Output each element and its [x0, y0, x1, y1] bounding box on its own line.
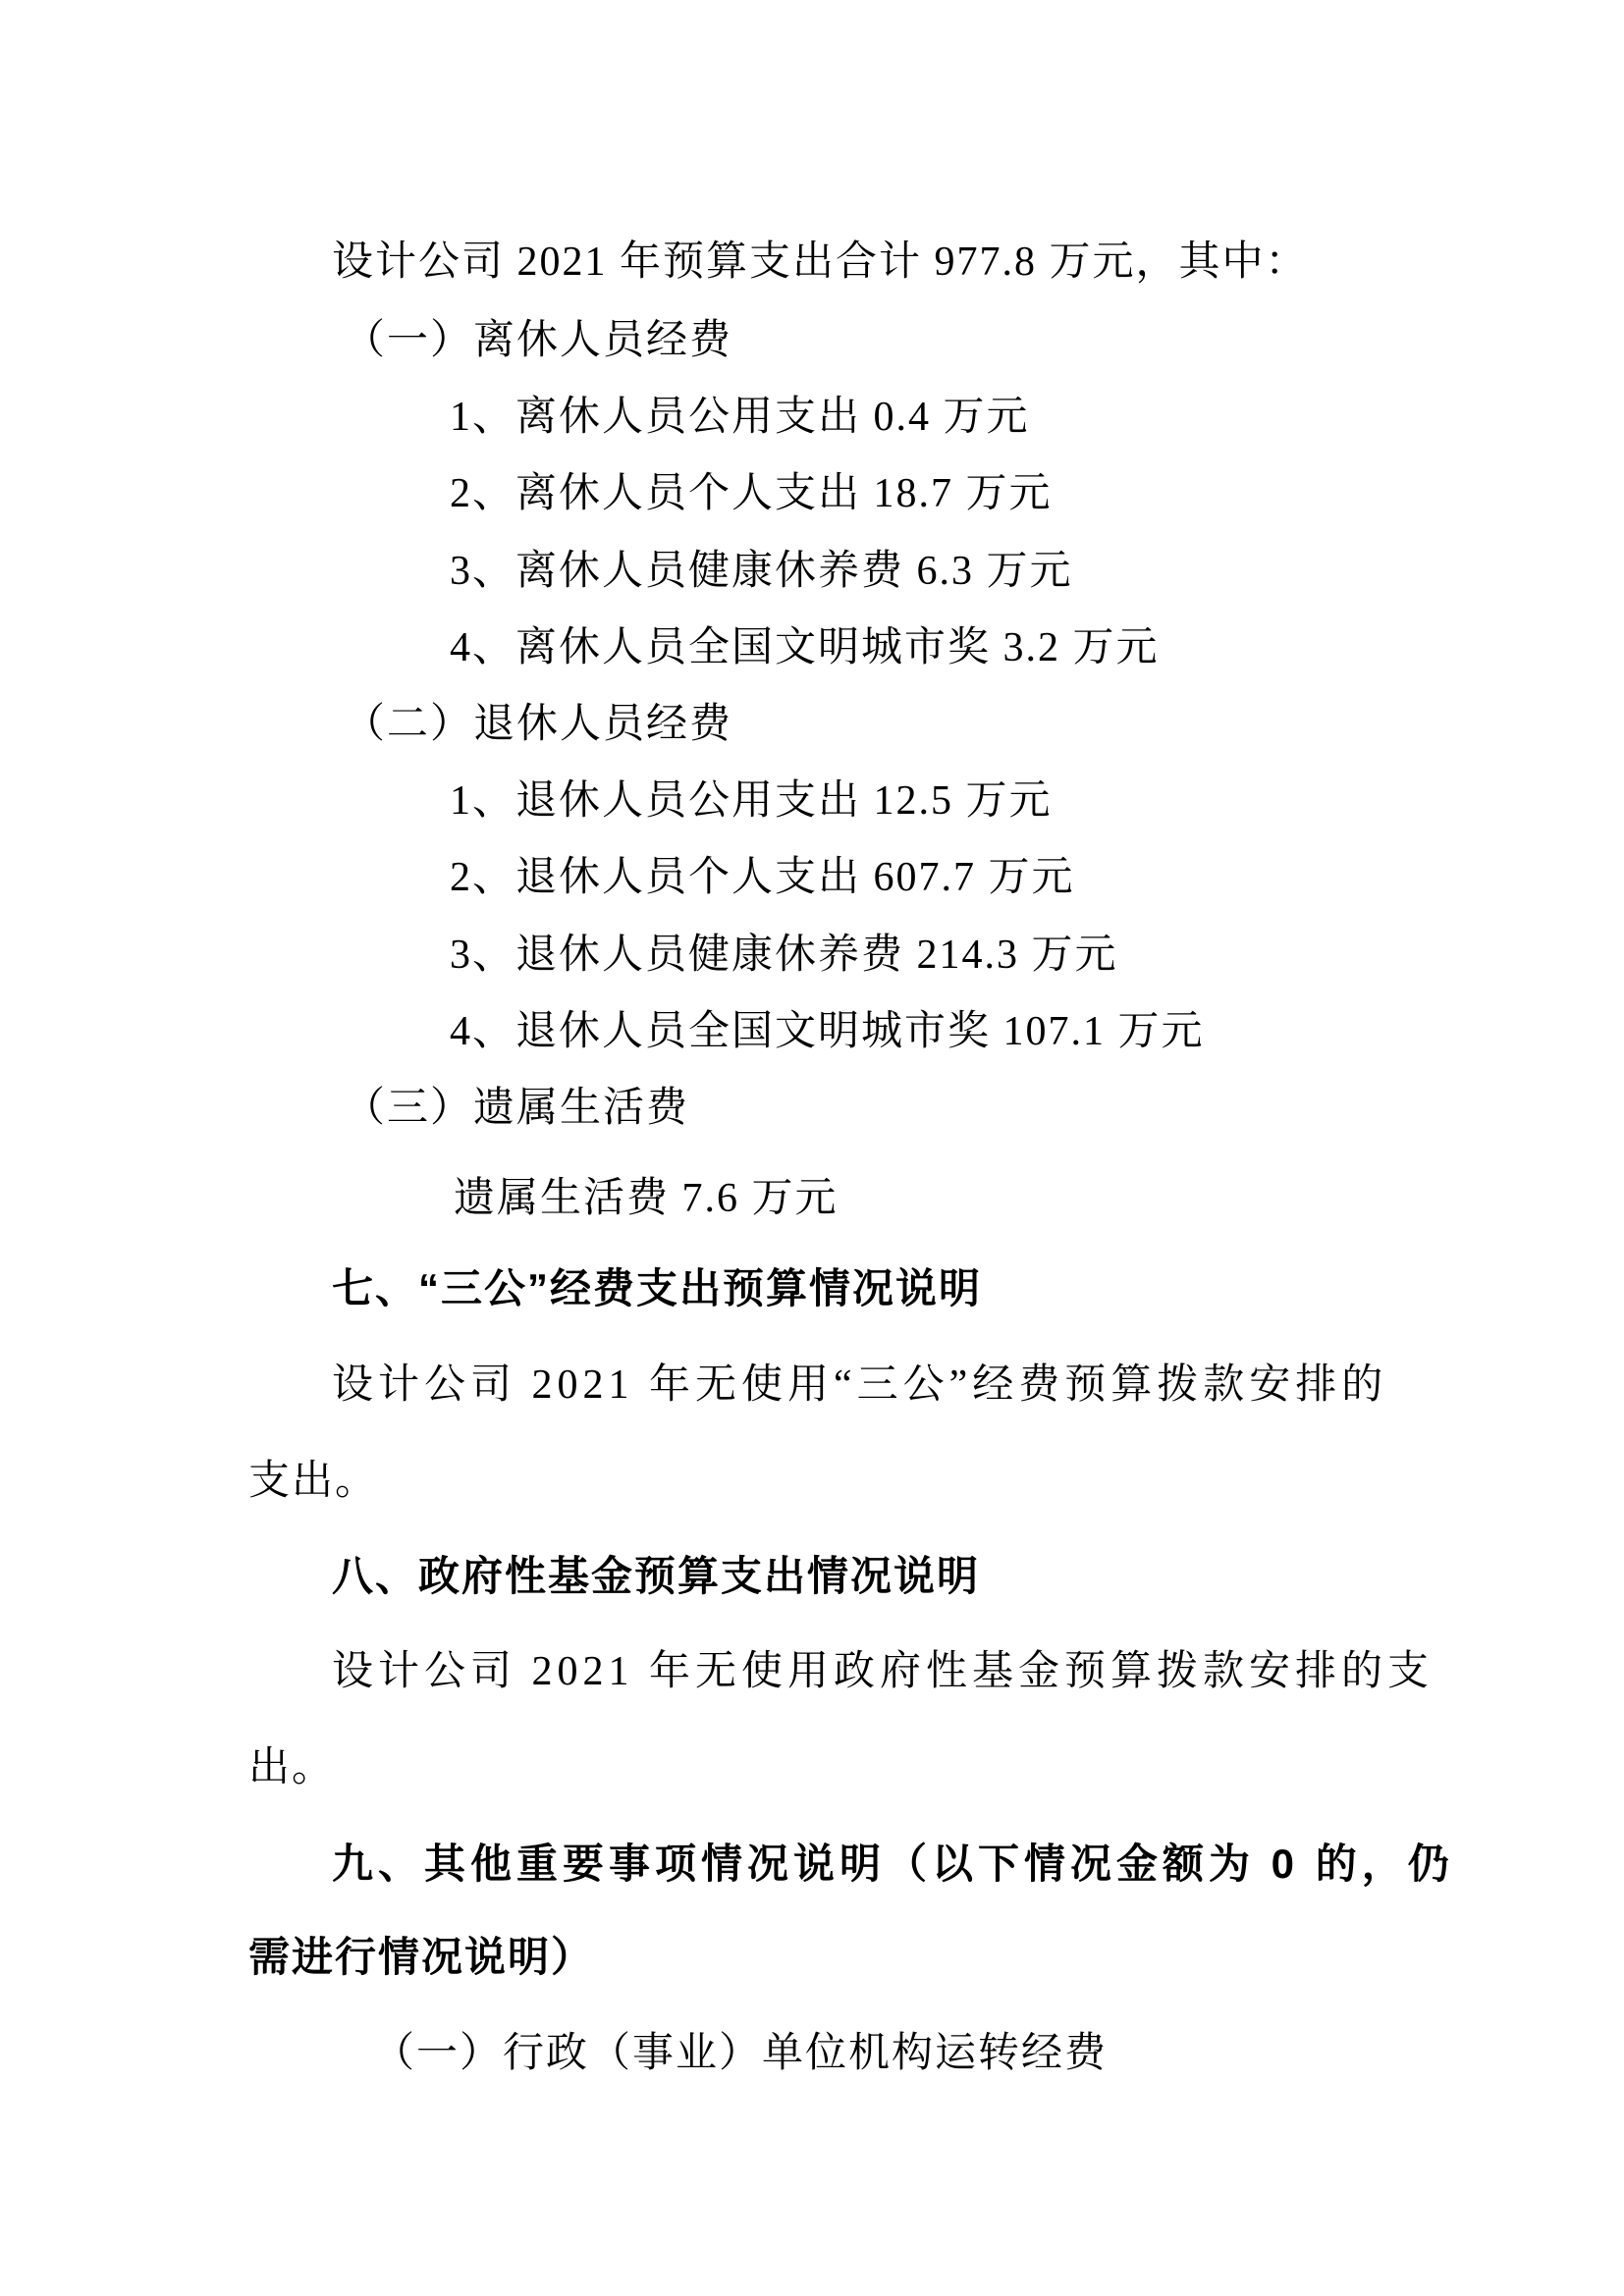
para-gov-fund-no-use: 设计公司 2021 年无使用政府性基金预算拨款安排的支	[332, 1647, 1434, 1696]
section-3-survivor-allowance: （三）遗属生活费	[344, 1084, 689, 1133]
item-lixiu-public-expense: 1、离休人员公用支出 0.4 万元	[450, 393, 1030, 442]
para-gov-fund-no-use-cont: 出。	[248, 1743, 335, 1792]
para-survivor-allowance-amount: 遗属生活费 7.6 万元	[454, 1174, 839, 1223]
heading-nine-other-matters: 九、其他重要事项情况说明（以下情况金额为 0 的，仍	[332, 1840, 1454, 1889]
item-lixiu-personal-expense: 2、离休人员个人支出 18.7 万元	[450, 469, 1053, 518]
heading-eight-gov-fund-budget: 八、政府性基金预算支出情况说明	[332, 1552, 980, 1601]
item-lixiu-health-recuperation: 3、离休人员健康休养费 6.3 万元	[450, 547, 1073, 596]
heading-nine-other-matters-cont: 需进行情况说明）	[248, 1933, 594, 1982]
heading-seven-three-public-funds: 七、“三公”经费支出预算情况说明	[332, 1264, 982, 1313]
section-admin-operation-funds: （一）行政（事业）单位机构运转经费	[373, 2029, 1108, 2078]
section-2-tuixiu-funds: （二）退休人员经费	[344, 700, 732, 749]
item-tuixiu-health-recuperation: 3、退休人员健康休养费 214.3 万元	[450, 931, 1118, 980]
item-tuixiu-civilized-city-award: 4、退休人员全国文明城市奖 107.1 万元	[450, 1007, 1205, 1056]
para-total-expenditure: 设计公司 2021 年预算支出合计 977.8 万元，其中：	[332, 238, 1309, 287]
item-lixiu-civilized-city-award: 4、离休人员全国文明城市奖 3.2 万元	[450, 623, 1160, 672]
document-page: 设计公司 2021 年预算支出合计 977.8 万元，其中： （一）离休人员经费…	[0, 0, 1624, 2296]
item-tuixiu-public-expense: 1、退休人员公用支出 12.5 万元	[450, 776, 1053, 826]
para-three-public-no-use: 设计公司 2021 年无使用“三公”经费预算拨款安排的	[332, 1361, 1387, 1410]
item-tuixiu-personal-expense: 2、退休人员个人支出 607.7 万元	[450, 853, 1075, 902]
para-three-public-no-use-cont: 支出。	[248, 1457, 378, 1506]
section-1-lixiu-funds: （一）离休人员经费	[344, 316, 732, 365]
